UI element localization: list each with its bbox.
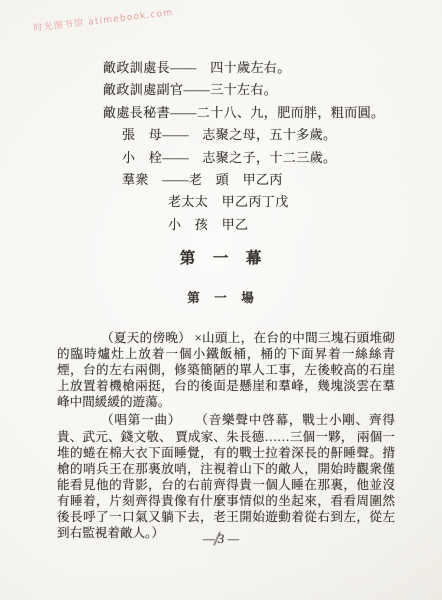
- stage-direction-opening-song: （唱第一曲） （音樂聲中啓幕，戰士小剛、齊得貴、武元、錢文敬、 賈成家、朱長德……: [57, 412, 395, 541]
- cast-line-mother-zhang: 張 母—— 志聚之母，五十多歲。: [122, 124, 384, 146]
- cast-line-xiaoshuan: 小 栓—— 志聚之子，十二三歲。: [122, 147, 384, 169]
- stage-directions: （夏天的傍晚） ×山頭上，在台的中間三塊石頭堆砌的臨時爐灶上放着一個小鐵飯桶，桶…: [57, 330, 395, 541]
- cast-line-secretary: 敵處長秘書——二十八、九，肥而胖，粗而圓。: [103, 102, 384, 124]
- cast-line-adjutant: 敵政訓處副官——三十左右。: [103, 79, 384, 101]
- act-one-heading: 第 一 幕: [0, 246, 442, 268]
- cast-line-crowd-old-men: 羣衆 ——老 頭 甲乙丙: [122, 169, 384, 191]
- cast-line-old-women: 老太太 甲乙丙丁戊: [168, 191, 384, 213]
- library-watermark: 时光图书馆 atimebook.com: [33, 5, 174, 34]
- page-number: — 3 —: [0, 531, 442, 547]
- scanned-script-page: 时光图书馆 atimebook.com 敵政訓處長—— 四十歲左右。 敵政訓處副…: [0, 0, 442, 600]
- stage-direction-setting: （夏天的傍晚） ×山頭上，在台的中間三塊石頭堆砌的臨時爐灶上放着一個小鐵飯桶，桶…: [57, 330, 395, 410]
- scene-one-heading: 第 一 場: [0, 288, 442, 306]
- cast-list: 敵政訓處長—— 四十歲左右。 敵政訓處副官——三十左右。 敵處長秘書——二十八、…: [103, 57, 384, 236]
- cast-line-political-chief: 敵政訓處長—— 四十歲左右。: [103, 57, 384, 79]
- cast-line-children: 小 孩 甲乙: [168, 214, 384, 236]
